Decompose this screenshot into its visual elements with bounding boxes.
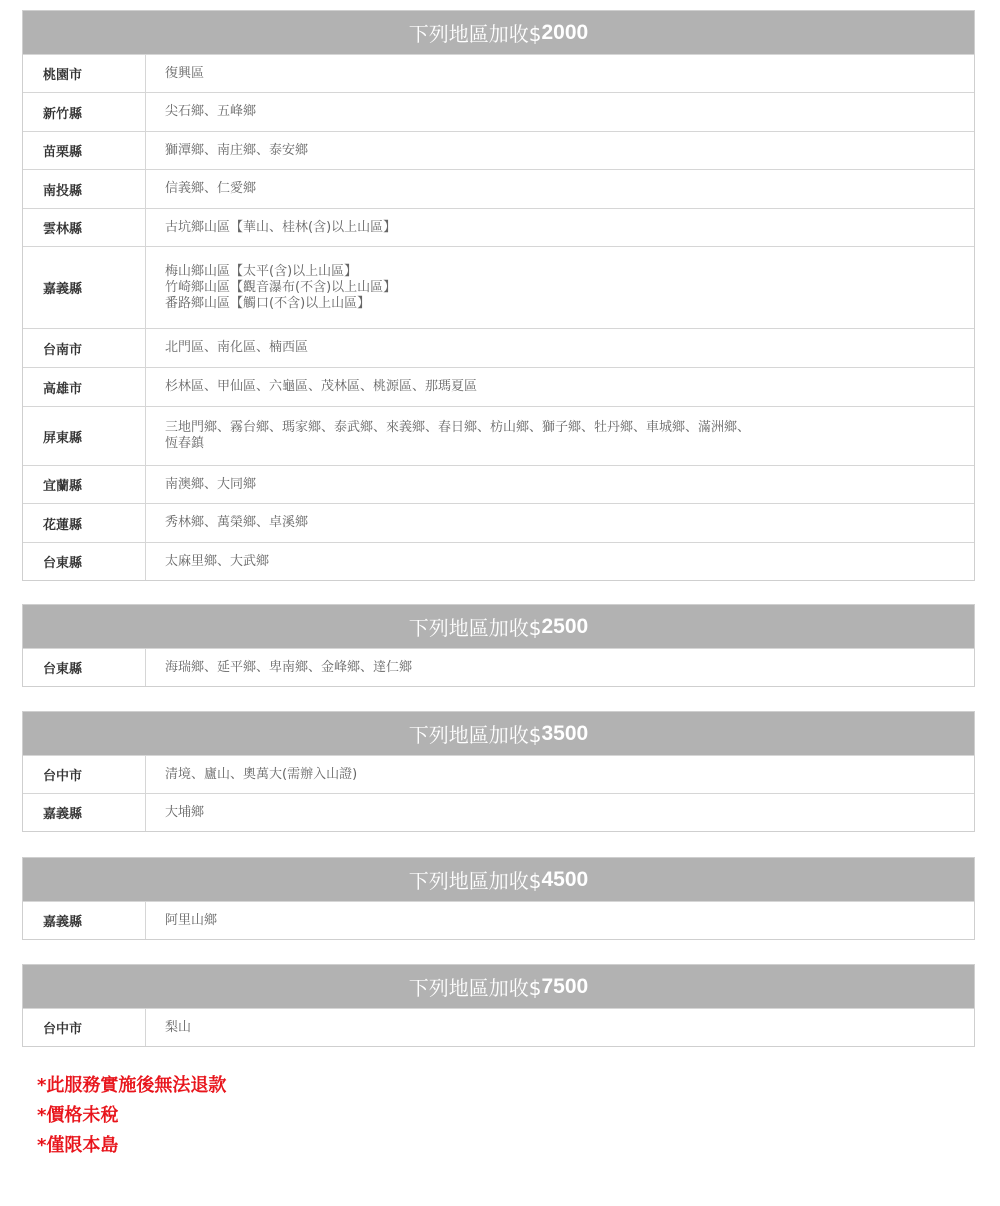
area-line: 復興區 xyxy=(165,66,954,82)
areas-cell: 北門區、南化區、楠西區 xyxy=(146,329,974,367)
county-cell: 台中市 xyxy=(23,1009,146,1046)
table-row: 嘉義縣 阿里山鄉 xyxy=(23,901,974,939)
surcharge-table-2500: 下列地區加收$2500 台東縣 海瑞鄉、延平鄉、卑南鄉、金峰鄉、達仁鄉 xyxy=(22,604,975,687)
table-header: 下列地區加收$2000 xyxy=(23,11,974,54)
areas-cell: 秀林鄉、萬榮鄉、卓溪鄉 xyxy=(146,504,974,542)
area-line: 三地門鄉、霧台鄉、瑪家鄉、泰武鄉、來義鄉、春日鄉、枋山鄉、獅子鄉、牡丹鄉、車城鄉… xyxy=(165,420,954,436)
areas-cell: 三地門鄉、霧台鄉、瑪家鄉、泰武鄉、來義鄉、春日鄉、枋山鄉、獅子鄉、牡丹鄉、車城鄉… xyxy=(146,407,974,465)
note-price-excl-tax: *價格未稅 xyxy=(37,1101,226,1131)
areas-cell: 大埔鄉 xyxy=(146,794,974,831)
area-line: 古坑鄉山區【華山、桂林(含)以上山區】 xyxy=(165,220,954,236)
area-line: 清境、廬山、奧萬大(需辦入山證) xyxy=(165,767,954,783)
county-cell: 台南市 xyxy=(23,329,146,367)
area-line: 尖石鄉、五峰鄉 xyxy=(165,104,954,120)
county-cell: 嘉義縣 xyxy=(23,794,146,831)
area-line: 太麻里鄉、大武鄉 xyxy=(165,554,954,570)
table-row: 台中市 清境、廬山、奧萬大(需辦入山證) xyxy=(23,755,974,793)
header-label: 下列地區加收$ xyxy=(409,612,542,641)
table-row: 台中市 梨山 xyxy=(23,1008,974,1046)
areas-cell: 南澳鄉、大同鄉 xyxy=(146,466,974,503)
areas-cell: 阿里山鄉 xyxy=(146,902,974,939)
area-line: 竹崎鄉山區【觀音瀑布(不含)以上山區】 xyxy=(165,280,954,296)
county-cell: 雲林縣 xyxy=(23,209,146,246)
table-row: 台東縣 海瑞鄉、延平鄉、卑南鄉、金峰鄉、達仁鄉 xyxy=(23,648,974,686)
areas-cell: 太麻里鄉、大武鄉 xyxy=(146,543,974,580)
table-row: 桃園市 復興區 xyxy=(23,54,974,92)
table-row: 台南市 北門區、南化區、楠西區 xyxy=(23,328,974,367)
area-line: 梅山鄉山區【太平(含)以上山區】 xyxy=(165,264,954,280)
header-label: 下列地區加收$ xyxy=(409,18,542,47)
table-header: 下列地區加收$4500 xyxy=(23,858,974,901)
areas-cell: 古坑鄉山區【華山、桂林(含)以上山區】 xyxy=(146,209,974,246)
header-label: 下列地區加收$ xyxy=(409,719,542,748)
county-cell: 台東縣 xyxy=(23,649,146,686)
note-main-island-only: *僅限本島 xyxy=(37,1131,226,1161)
areas-cell: 尖石鄉、五峰鄉 xyxy=(146,93,974,131)
county-cell: 台東縣 xyxy=(23,543,146,580)
area-line: 恆春鎮 xyxy=(165,436,954,452)
area-line: 梨山 xyxy=(165,1020,954,1036)
area-line: 杉林區、甲仙區、六龜區、茂林區、桃源區、那瑪夏區 xyxy=(165,379,954,395)
areas-cell: 清境、廬山、奧萬大(需辦入山證) xyxy=(146,756,974,793)
area-line: 番路鄉山區【觸口(不含)以上山區】 xyxy=(165,296,954,312)
county-cell: 台中市 xyxy=(23,756,146,793)
table-header: 下列地區加收$3500 xyxy=(23,712,974,755)
area-line: 南澳鄉、大同鄉 xyxy=(165,477,954,493)
header-amount: 7500 xyxy=(542,975,589,999)
area-line: 大埔鄉 xyxy=(165,805,954,821)
header-amount: 4500 xyxy=(542,868,589,892)
county-cell: 南投縣 xyxy=(23,170,146,208)
surcharge-table-7500: 下列地區加收$7500 台中市 梨山 xyxy=(22,964,975,1047)
header-amount: 2500 xyxy=(542,615,589,639)
table-row: 新竹縣 尖石鄉、五峰鄉 xyxy=(23,92,974,131)
county-cell: 桃園市 xyxy=(23,55,146,92)
county-cell: 花蓮縣 xyxy=(23,504,146,542)
area-line: 阿里山鄉 xyxy=(165,913,954,929)
area-line: 北門區、南化區、楠西區 xyxy=(165,340,954,356)
county-cell: 苗栗縣 xyxy=(23,132,146,169)
county-cell: 嘉義縣 xyxy=(23,247,146,328)
table-row: 苗栗縣 獅潭鄉、南庄鄉、泰安鄉 xyxy=(23,131,974,169)
table-row: 屏東縣 三地門鄉、霧台鄉、瑪家鄉、泰武鄉、來義鄉、春日鄉、枋山鄉、獅子鄉、牡丹鄉… xyxy=(23,406,974,465)
areas-cell: 獅潭鄉、南庄鄉、泰安鄉 xyxy=(146,132,974,169)
area-line: 信義鄉、仁愛鄉 xyxy=(165,181,954,197)
table-row: 花蓮縣 秀林鄉、萬榮鄉、卓溪鄉 xyxy=(23,503,974,542)
header-amount: 3500 xyxy=(542,722,589,746)
areas-cell: 杉林區、甲仙區、六龜區、茂林區、桃源區、那瑪夏區 xyxy=(146,368,974,406)
county-cell: 宜蘭縣 xyxy=(23,466,146,503)
table-row: 嘉義縣 梅山鄉山區【太平(含)以上山區】 竹崎鄉山區【觀音瀑布(不含)以上山區】… xyxy=(23,246,974,328)
note-no-refund: *此服務實施後無法退款 xyxy=(37,1071,226,1101)
county-cell: 高雄市 xyxy=(23,368,146,406)
header-label: 下列地區加收$ xyxy=(409,865,542,894)
areas-cell: 梨山 xyxy=(146,1009,974,1046)
table-row: 南投縣 信義鄉、仁愛鄉 xyxy=(23,169,974,208)
surcharge-table-2000: 下列地區加收$2000 桃園市 復興區 新竹縣 尖石鄉、五峰鄉 苗栗縣 獅潭鄉、… xyxy=(22,10,975,581)
table-row: 嘉義縣 大埔鄉 xyxy=(23,793,974,831)
surcharge-table-3500: 下列地區加收$3500 台中市 清境、廬山、奧萬大(需辦入山證) 嘉義縣 大埔鄉 xyxy=(22,711,975,832)
table-header: 下列地區加收$7500 xyxy=(23,965,974,1008)
county-cell: 新竹縣 xyxy=(23,93,146,131)
area-line: 海瑞鄉、延平鄉、卑南鄉、金峰鄉、達仁鄉 xyxy=(165,660,954,676)
header-label: 下列地區加收$ xyxy=(409,972,542,1001)
area-line: 秀林鄉、萬榮鄉、卓溪鄉 xyxy=(165,515,954,531)
table-row: 高雄市 杉林區、甲仙區、六龜區、茂林區、桃源區、那瑪夏區 xyxy=(23,367,974,406)
table-row: 宜蘭縣 南澳鄉、大同鄉 xyxy=(23,465,974,503)
areas-cell: 海瑞鄉、延平鄉、卑南鄉、金峰鄉、達仁鄉 xyxy=(146,649,974,686)
county-cell: 嘉義縣 xyxy=(23,902,146,939)
areas-cell: 信義鄉、仁愛鄉 xyxy=(146,170,974,208)
table-row: 台東縣 太麻里鄉、大武鄉 xyxy=(23,542,974,580)
table-row: 雲林縣 古坑鄉山區【華山、桂林(含)以上山區】 xyxy=(23,208,974,246)
table-header: 下列地區加收$2500 xyxy=(23,605,974,648)
areas-cell: 梅山鄉山區【太平(含)以上山區】 竹崎鄉山區【觀音瀑布(不含)以上山區】 番路鄉… xyxy=(146,247,974,328)
area-line: 獅潭鄉、南庄鄉、泰安鄉 xyxy=(165,143,954,159)
surcharge-table-4500: 下列地區加收$4500 嘉義縣 阿里山鄉 xyxy=(22,857,975,940)
county-cell: 屏東縣 xyxy=(23,407,146,465)
disclaimer-notes: *此服務實施後無法退款 *價格未稅 *僅限本島 xyxy=(37,1071,226,1161)
areas-cell: 復興區 xyxy=(146,55,974,92)
header-amount: 2000 xyxy=(542,21,589,45)
